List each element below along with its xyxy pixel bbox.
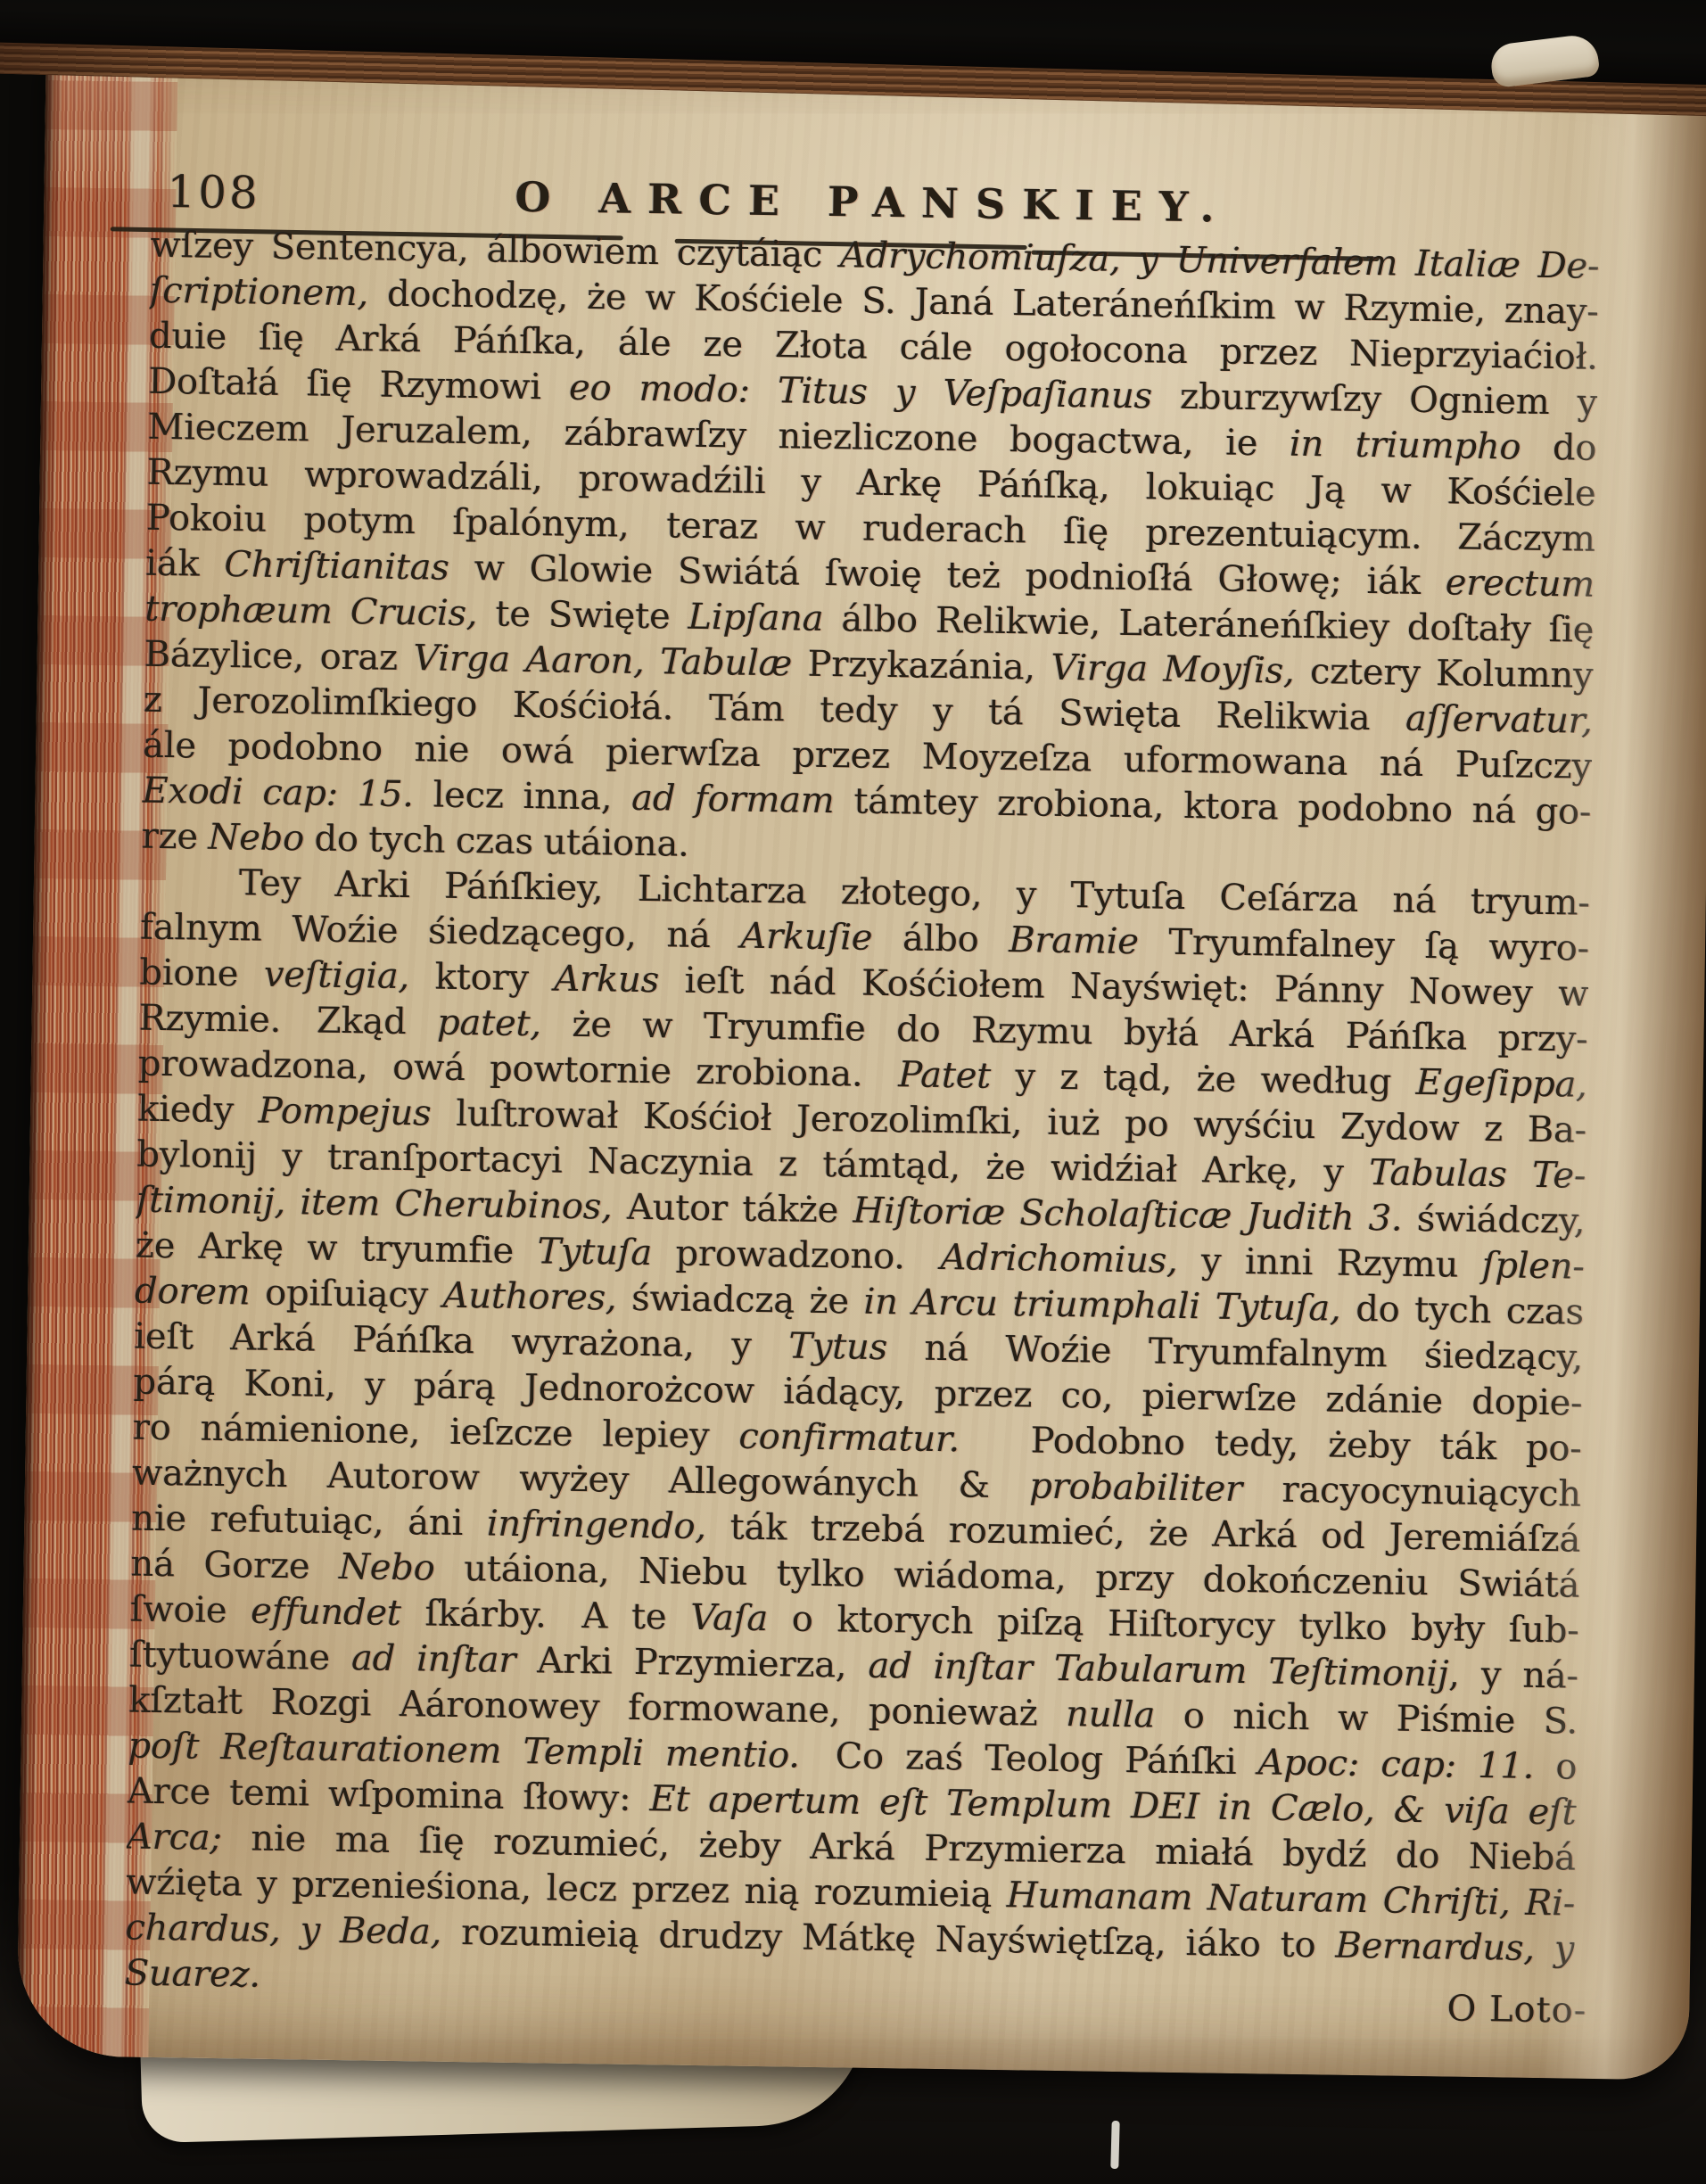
page-content: 108 O ARCE PANSKIEY. wſzey Sentencya, ál… — [123, 164, 1601, 2094]
page-edge-highlight — [1110, 2121, 1119, 2169]
scanned-book-page: 108 O ARCE PANSKIEY. wſzey Sentencya, ál… — [0, 0, 1706, 2184]
page-number: 108 — [167, 166, 260, 219]
book-page: 108 O ARCE PANSKIEY. wſzey Sentencya, ál… — [16, 36, 1706, 2081]
body-text: wſzey Sentencya, álbowiem czytáiąc Adryc… — [124, 223, 1599, 2018]
running-title: O ARCE PANSKIEY. — [515, 173, 1232, 232]
catchword: O Loto- — [1446, 1989, 1586, 2032]
